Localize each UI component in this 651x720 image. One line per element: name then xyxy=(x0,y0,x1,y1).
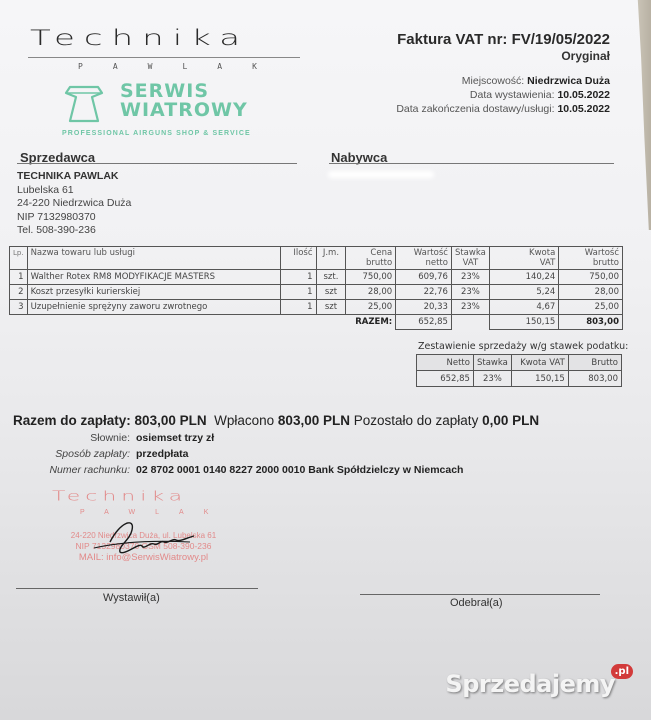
item-qty: 1 xyxy=(280,270,316,285)
col-price: Cenabrutto xyxy=(346,247,396,270)
issue-date-value: 10.05.2022 xyxy=(557,89,610,101)
item-gross: 25,00 xyxy=(559,300,623,315)
item-qty: 1 xyxy=(280,300,316,315)
vat-summary-cell: 803,00 xyxy=(568,371,621,387)
serwis-tagline: PROFESSIONAL AIRGUNS SHOP & SERVICE xyxy=(62,130,251,137)
item-price: 28,00 xyxy=(346,285,396,300)
table-row: 1Walther Rotex RM8 MODYFIKACJE MASTERS1s… xyxy=(10,270,623,285)
invoice-items-table: Lp. Nazwa towaru lub usługi Ilość J.m. C… xyxy=(9,246,623,330)
item-gross: 750,00 xyxy=(559,270,623,285)
total-label: RAZEM: xyxy=(10,315,396,330)
col-gross: Wartośćbrutto xyxy=(559,247,623,270)
items-total-row: RAZEM: 652,85 150,15 803,00 xyxy=(10,315,623,330)
total-net: 652,85 xyxy=(396,315,452,330)
payment-method-row: Sposób zapłaty: przedpłata xyxy=(0,448,651,462)
col-name: Nazwa towaru lub usługi xyxy=(27,247,280,270)
item-price: 750,00 xyxy=(346,270,396,285)
invoice-copy-type: Oryginał xyxy=(561,49,610,63)
company-logo-wordmark: Technika xyxy=(30,26,249,51)
total-due-label: Razem do zapłaty: xyxy=(13,413,131,428)
issue-date-label: Data wystawienia: xyxy=(470,89,555,101)
col-lp: Lp. xyxy=(10,247,28,270)
item-gross: 28,00 xyxy=(559,285,623,300)
remaining-value: 0,00 PLN xyxy=(482,413,539,428)
item-unit: szt xyxy=(316,300,346,315)
item-unit: szt xyxy=(316,285,346,300)
payment-method-value: przedpłata xyxy=(136,448,189,460)
seller-divider xyxy=(17,163,297,164)
seller-nip: NIP 7132980370 xyxy=(17,211,131,225)
bank-account-value: 02 8702 0001 0140 8227 2000 0010 Bank Sp… xyxy=(136,464,463,476)
issuer-signature-label: Wystawił(a) xyxy=(103,592,160,604)
invoice-issue-date: Data wystawienia: 10.05.2022 xyxy=(470,89,610,101)
seller-name: TECHNIKA PAWLAK xyxy=(17,170,131,184)
vat-summary-col: Netto xyxy=(417,355,474,371)
company-logo-subtitle: PAWLAK xyxy=(78,62,287,71)
seller-phone: Tel. 508-390-236 xyxy=(17,224,131,238)
item-lp: 3 xyxy=(10,300,28,315)
vat-summary-cell: 652,85 xyxy=(417,371,474,387)
item-lp: 1 xyxy=(10,270,28,285)
vat-summary-col: Brutto xyxy=(568,355,621,371)
item-rate: 23% xyxy=(451,285,489,300)
sprzedajemy-watermark: Sprzedajemy xyxy=(445,670,615,698)
amount-in-words-row: Słownie: osiemset trzy zł xyxy=(0,432,651,446)
serwis-logo-line2: WIATROWY xyxy=(120,101,248,120)
vat-summary-cell: 150,15 xyxy=(511,371,568,387)
item-net: 609,76 xyxy=(396,270,452,285)
place-label: Miejscowość: xyxy=(462,75,524,87)
invoice-place: Miejscowość: Niedrzwica Duża xyxy=(462,75,610,87)
receiver-signature-label: Odebrał(a) xyxy=(450,597,503,609)
paper-edge-background xyxy=(629,0,651,230)
item-rate: 23% xyxy=(451,300,489,315)
bank-account-row: Numer rachunku: 02 8702 0001 0140 8227 2… xyxy=(0,464,651,478)
items-header-row: Lp. Nazwa towaru lub usługi Ilość J.m. C… xyxy=(10,247,623,270)
col-qty: Ilość xyxy=(280,247,316,270)
buyer-redacted-name xyxy=(328,171,434,178)
amount-words-label: Słownie: xyxy=(90,432,130,444)
item-qty: 1 xyxy=(280,285,316,300)
item-price: 25,00 xyxy=(346,300,396,315)
total-gross: 803,00 xyxy=(559,315,623,330)
total-vat: 150,15 xyxy=(489,315,558,330)
invoice-title: Faktura VAT nr: FV/19/05/2022 xyxy=(397,31,610,48)
serwis-logo-text: SERWIS WIATROWY xyxy=(120,82,248,120)
seller-city: 24-220 Niedrzwica Duża xyxy=(17,197,131,211)
bank-account-label: Numer rachunku: xyxy=(49,464,130,476)
vat-summary-row: 652,8523%150,15803,00 xyxy=(417,371,622,387)
invoice-delivery-date: Data zakończenia dostawy/usługi: 10.05.2… xyxy=(396,103,610,115)
vat-summary-cell: 23% xyxy=(473,371,511,387)
col-unit: J.m. xyxy=(316,247,346,270)
logo-divider xyxy=(28,57,300,58)
vat-summary-table: NettoStawkaKwota VATBrutto 652,8523%150,… xyxy=(416,354,622,387)
total-rate-empty xyxy=(451,315,489,330)
item-vat: 140,24 xyxy=(489,270,558,285)
seller-details: TECHNIKA PAWLAK Lubelska 61 24-220 Niedr… xyxy=(17,170,131,238)
payment-summary: Razem do zapłaty: 803,00 PLN Wpłacono 80… xyxy=(13,413,539,428)
item-net: 22,76 xyxy=(396,285,452,300)
table-row: 3Uzupełnienie sprężyny zaworu zwrotnego1… xyxy=(10,300,623,315)
item-name: Walther Rotex RM8 MODYFIKACJE MASTERS xyxy=(27,270,280,285)
handwritten-signature xyxy=(90,512,200,562)
vat-summary-col: Stawka xyxy=(473,355,511,371)
item-rate: 23% xyxy=(451,270,489,285)
item-name: Uzupełnienie sprężyny zaworu zwrotnego xyxy=(27,300,280,315)
vat-summary-col: Kwota VAT xyxy=(511,355,568,371)
item-unit: szt. xyxy=(316,270,346,285)
table-row: 2Koszt przesyłki kurierskiej1szt28,0022,… xyxy=(10,285,623,300)
payment-method-label: Sposób zapłaty: xyxy=(55,448,130,460)
issuer-signature-line xyxy=(16,588,258,589)
vat-summary-header-row: NettoStawkaKwota VATBrutto xyxy=(417,355,622,371)
item-lp: 2 xyxy=(10,285,28,300)
remaining-label: Pozostało do zapłaty xyxy=(354,413,479,428)
delivery-date-label: Data zakończenia dostawy/usługi: xyxy=(396,103,554,115)
place-value: Niedrzwica Duża xyxy=(527,75,610,87)
item-vat: 5,24 xyxy=(489,285,558,300)
paid-label: Wpłacono xyxy=(214,413,274,428)
vat-summary-caption: Zestawienie sprzedaży w/g stawek podatku… xyxy=(418,341,628,352)
receiver-signature-line xyxy=(360,594,600,595)
paid-value: 803,00 PLN xyxy=(278,413,350,428)
company-stamp-logo: Technika xyxy=(52,489,187,504)
col-net: Wartośćnetto xyxy=(396,247,452,270)
airgun-pellet-icon xyxy=(62,83,106,123)
item-name: Koszt przesyłki kurierskiej xyxy=(27,285,280,300)
col-rate: StawkaVAT xyxy=(451,247,489,270)
sprzedajemy-badge: .pl xyxy=(611,664,633,679)
item-net: 20,33 xyxy=(396,300,452,315)
delivery-date-value: 10.05.2022 xyxy=(557,103,610,115)
buyer-divider xyxy=(329,163,614,164)
seller-street: Lubelska 61 xyxy=(17,184,131,198)
item-vat: 4,67 xyxy=(489,300,558,315)
col-vat: KwotaVAT xyxy=(489,247,558,270)
total-due-value: 803,00 PLN xyxy=(135,413,207,428)
amount-words-value: osiemset trzy zł xyxy=(136,432,214,444)
